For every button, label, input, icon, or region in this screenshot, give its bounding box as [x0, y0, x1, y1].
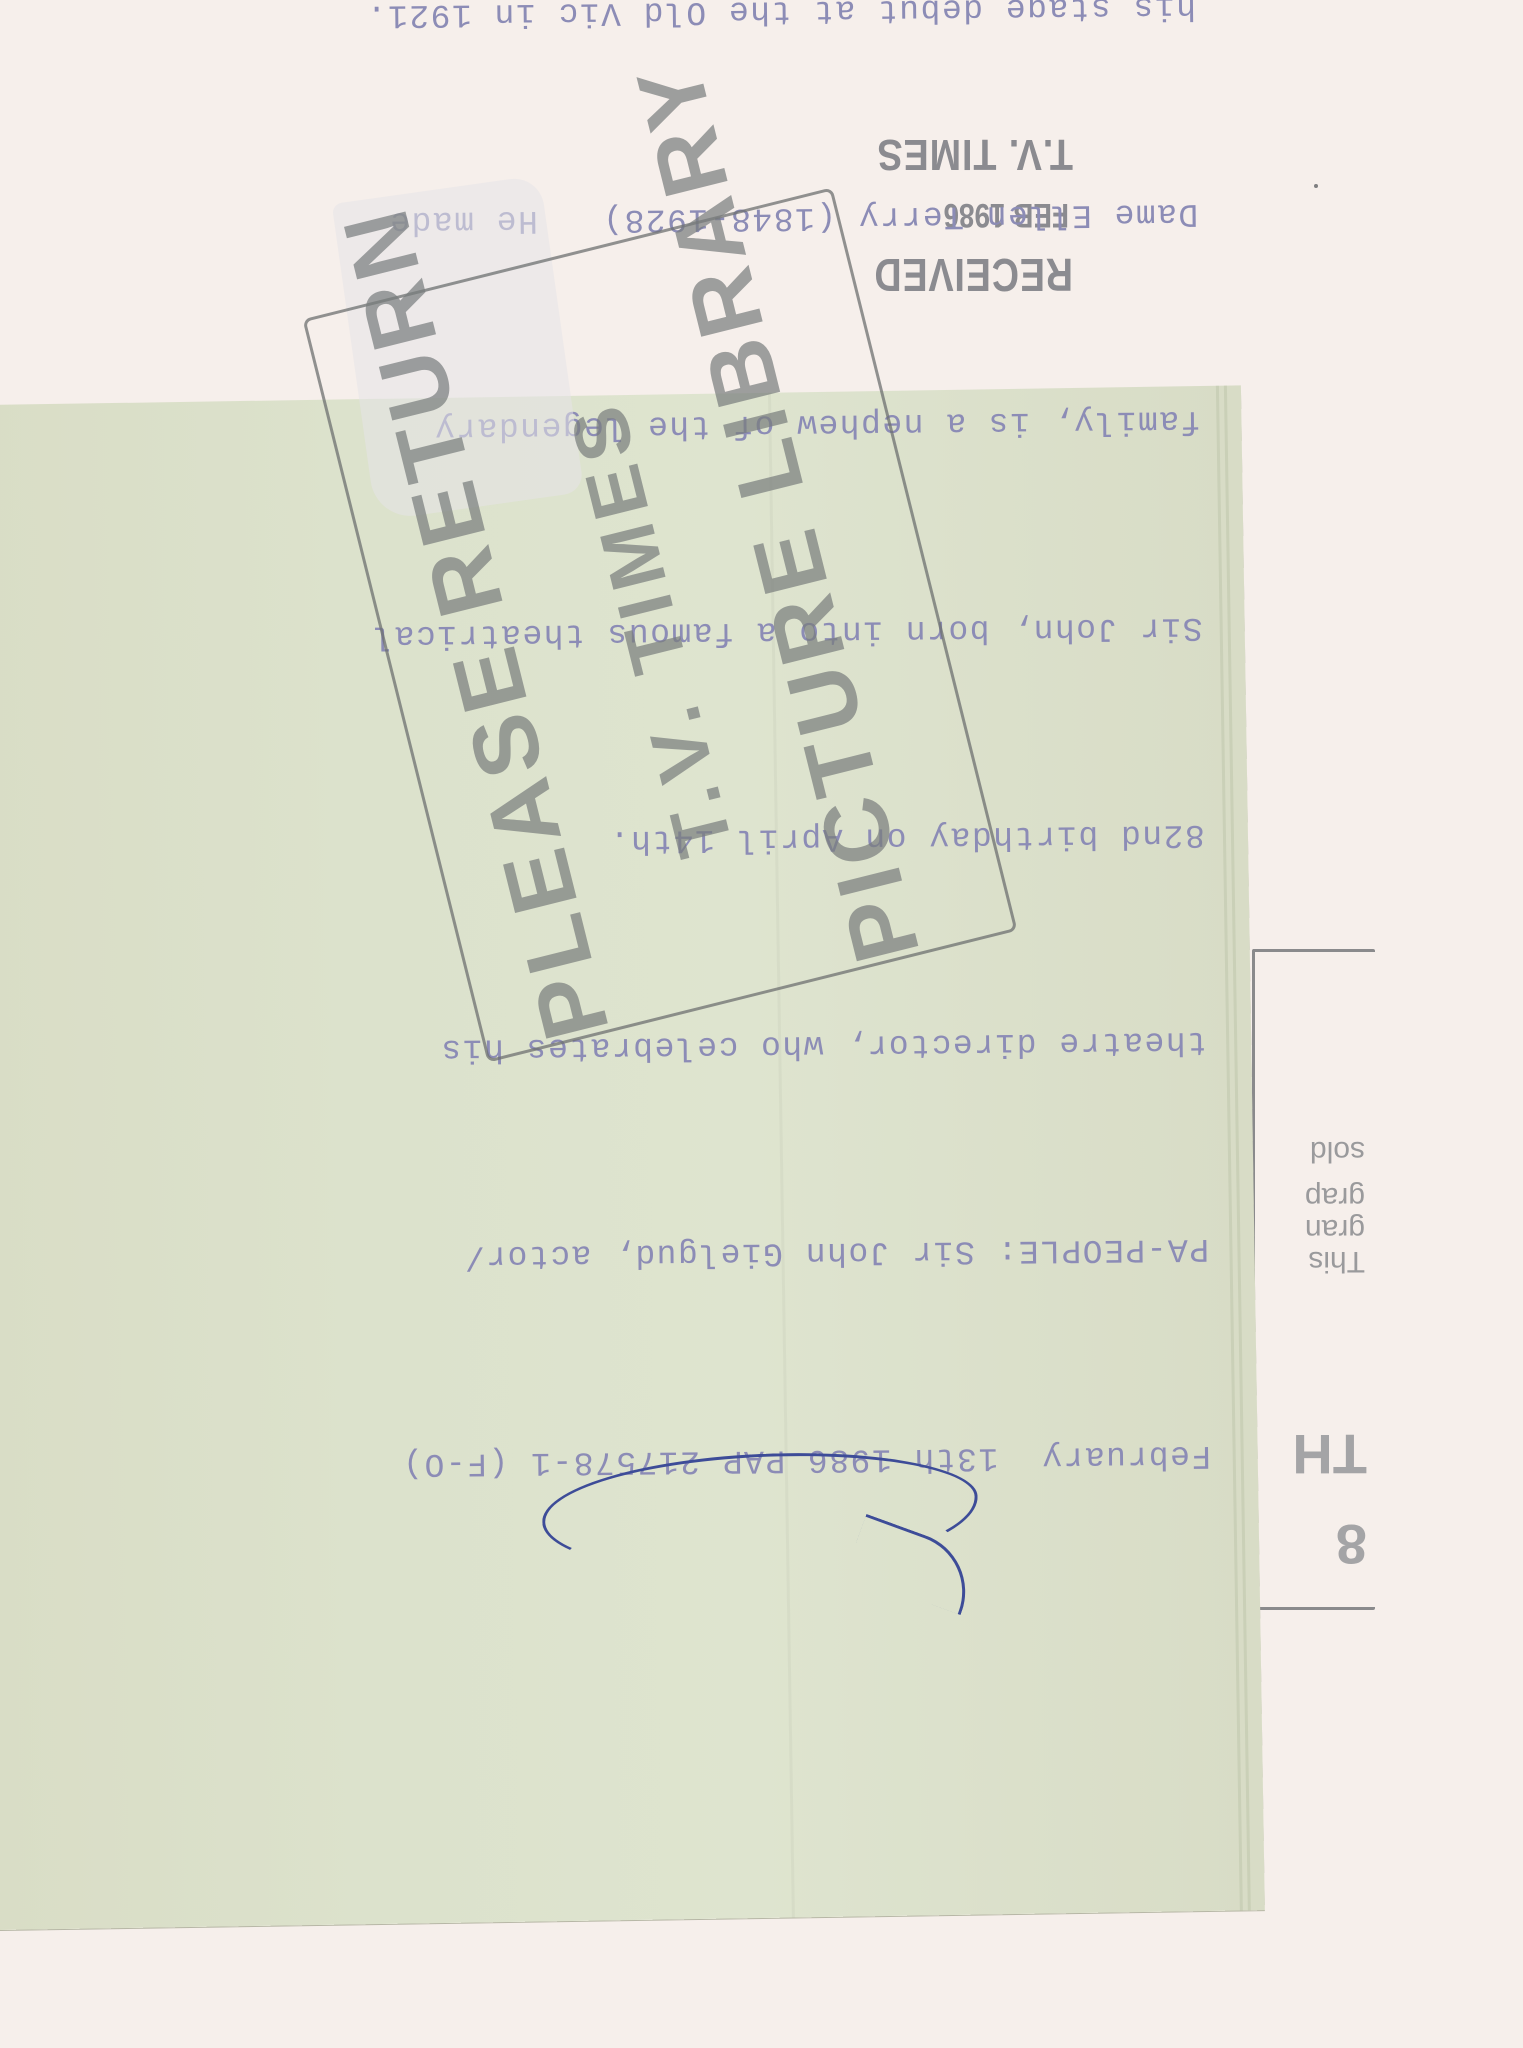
paper-speck [1314, 184, 1318, 188]
partial-stamp-line: This [1308, 1245, 1365, 1277]
caption-line: his stage debut at the Old Vic in 1921. [176, 0, 1197, 52]
photo-back-rotated: RECEIVED FEB 1986 T.V. TIMES 8 TH This g… [0, 0, 1523, 2048]
partial-stamp-line: gran [1305, 1213, 1365, 1245]
caption-line: theatre director, who celebrates his [187, 1007, 1208, 1087]
partial-stamp-digit: 8 [1336, 1512, 1367, 1577]
partial-copyright-stamp: 8 TH This gran grap sold [1252, 949, 1375, 1610]
partial-stamp-heading: TH [1292, 1422, 1367, 1487]
partial-stamp-line: sold [1310, 1135, 1365, 1167]
caption-line: PA-PEOPLE: Sir John Gielgud, actor/ [189, 1214, 1210, 1294]
partial-stamp-line: grap [1305, 1181, 1365, 1213]
